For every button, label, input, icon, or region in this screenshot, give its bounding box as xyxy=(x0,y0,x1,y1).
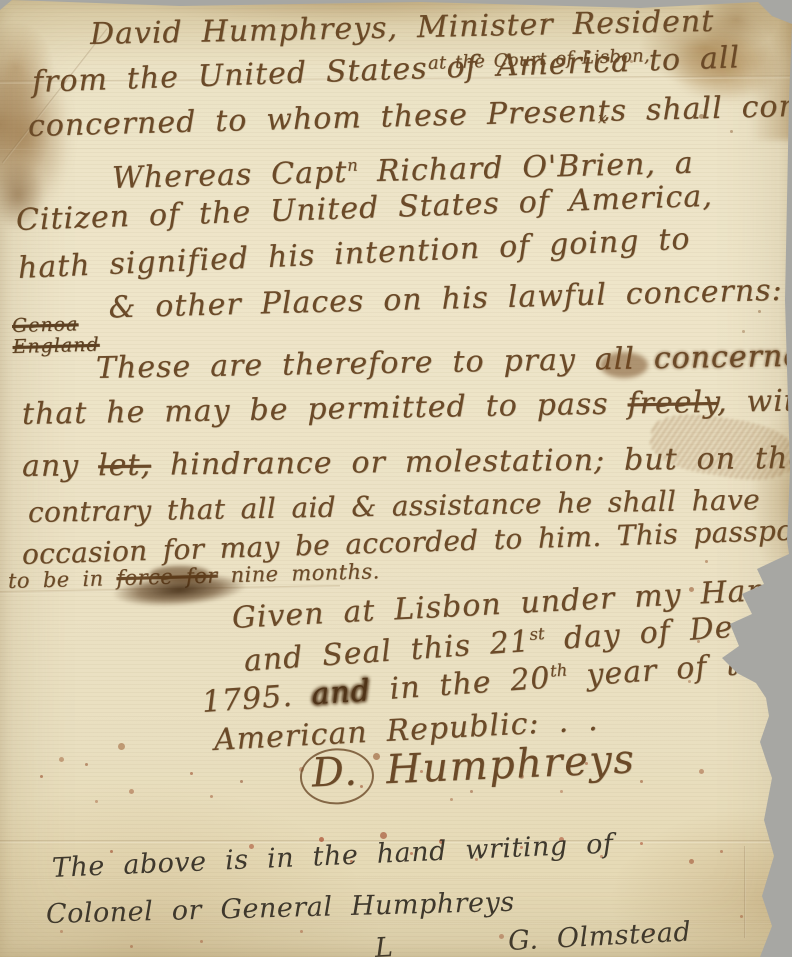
attestation-initial: L xyxy=(374,932,394,957)
ink-speckles xyxy=(0,0,3,3)
struck-destinations: GenoaEngland xyxy=(12,314,100,358)
text-segment: any xyxy=(22,448,98,484)
text-segment: to be in xyxy=(8,566,117,593)
fold-crease-vertical xyxy=(744,846,746,938)
blotted-word: and xyxy=(310,673,372,712)
opening-line-3: concerned to whom these Presents shall c… xyxy=(28,88,792,143)
text-segment: that he may be permitted to pass xyxy=(22,386,628,432)
smudged-word: concerned, xyxy=(654,338,792,376)
text-segment: Whereas Capt xyxy=(112,155,348,196)
attestation-line-1: The above is in the hand writing of xyxy=(51,830,614,884)
signature-initial: D. xyxy=(299,747,376,806)
document-page: David Humphreys, Minister Resident at th… xyxy=(0,0,792,957)
text-segment: hindrance or molestation; but on the xyxy=(151,441,792,483)
ink-speckles xyxy=(0,0,3,3)
signature-name: Humphreys xyxy=(385,736,636,793)
text-segment: , without xyxy=(717,382,792,420)
text-segment: & other Places on his lawful concerns: xyxy=(108,273,783,326)
request-line-2: that he may be permitted to pass freely,… xyxy=(22,383,792,431)
struck-word: force for xyxy=(116,564,218,591)
struck-word: England xyxy=(12,335,100,358)
request-line-3: any let, hindrance or molestation; but o… xyxy=(22,442,792,483)
superscript: st xyxy=(529,624,545,644)
superscript: n xyxy=(347,156,358,175)
text-segment: nine months. xyxy=(217,559,380,587)
attestation-line-2: Colonel or General Humphreys xyxy=(46,888,515,930)
attestation-line-3: LG. Olmstead xyxy=(374,917,692,957)
attestation-name: G. Olmstead xyxy=(507,916,692,957)
superscript: th xyxy=(549,660,568,680)
struck-word: let, xyxy=(98,448,151,484)
text-segment: 1795. xyxy=(201,677,313,720)
scan-backdrop: David Humphreys, Minister Resident at th… xyxy=(0,0,792,957)
struck-word: freely xyxy=(627,385,717,422)
superscript: r xyxy=(750,609,759,629)
